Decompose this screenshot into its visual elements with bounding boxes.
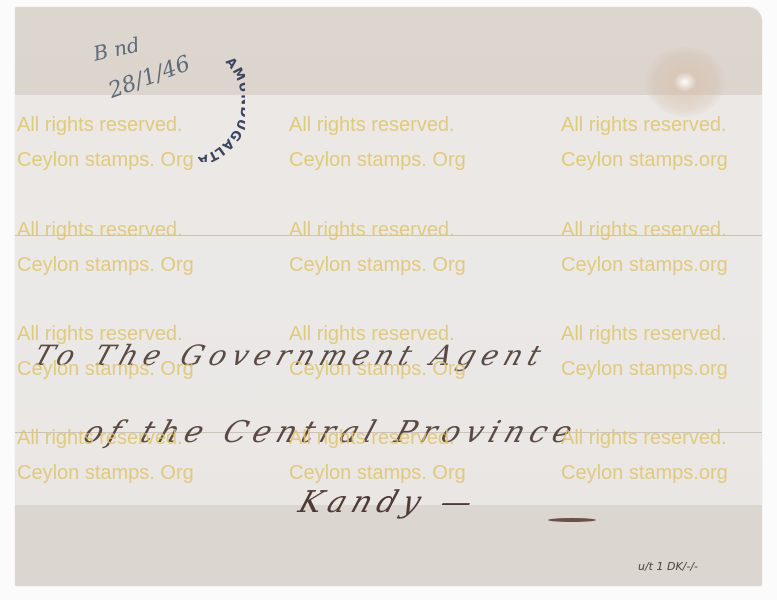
reference-code: u/t 1 DK/-/-: [638, 560, 698, 573]
watermark-text: All rights reserved.: [561, 428, 727, 448]
watermark-text: All rights reserved.: [289, 115, 455, 135]
watermark-text: Ceylon stamps. Org: [289, 150, 466, 170]
watermark-text: Ceylon stamps.org: [561, 463, 728, 483]
watermark-text: Ceylon stamps. Org: [289, 359, 466, 379]
watermark-text: All rights reserved.: [17, 220, 183, 240]
watermark-text: All rights reserved.: [561, 220, 727, 240]
watermark-text: All rights reserved.: [561, 115, 727, 135]
watermark-text: All rights reserved.: [17, 428, 183, 448]
address-underline-dash: [548, 518, 596, 522]
watermark-text: Ceylon stamps.org: [561, 359, 728, 379]
watermark-text: Ceylon stamps. Org: [17, 463, 194, 483]
wax-seal-mark: [645, 47, 725, 117]
watermark-text: Ceylon stamps. Org: [289, 255, 466, 275]
envelope: B nd 28/1/46 AMUNDUGALTA To The Governme…: [15, 7, 762, 586]
watermark-text: All rights reserved.: [289, 220, 455, 240]
watermark-text: All rights reserved.: [17, 115, 183, 135]
postmark-icon: AMUNDUGALTA: [125, 42, 245, 162]
watermark-text: Ceylon stamps. Org: [17, 150, 194, 170]
watermark-text: Ceylon stamps. Org: [17, 255, 194, 275]
watermark-text: Ceylon stamps.org: [561, 255, 728, 275]
watermark-text: All rights reserved.: [561, 324, 727, 344]
watermark-text: All rights reserved.: [17, 324, 183, 344]
watermark-text: All rights reserved.: [289, 428, 455, 448]
address-line-3: Kandy —: [294, 485, 483, 520]
watermark-text: Ceylon stamps. Org: [289, 463, 466, 483]
watermark-text: Ceylon stamps. Org: [17, 359, 194, 379]
svg-text:AMUNDUGALTA: AMUNDUGALTA: [195, 55, 245, 162]
postmark-text: AMUNDUGALTA: [195, 55, 245, 162]
watermark-text: All rights reserved.: [289, 324, 455, 344]
watermark-text: Ceylon stamps.org: [561, 150, 728, 170]
